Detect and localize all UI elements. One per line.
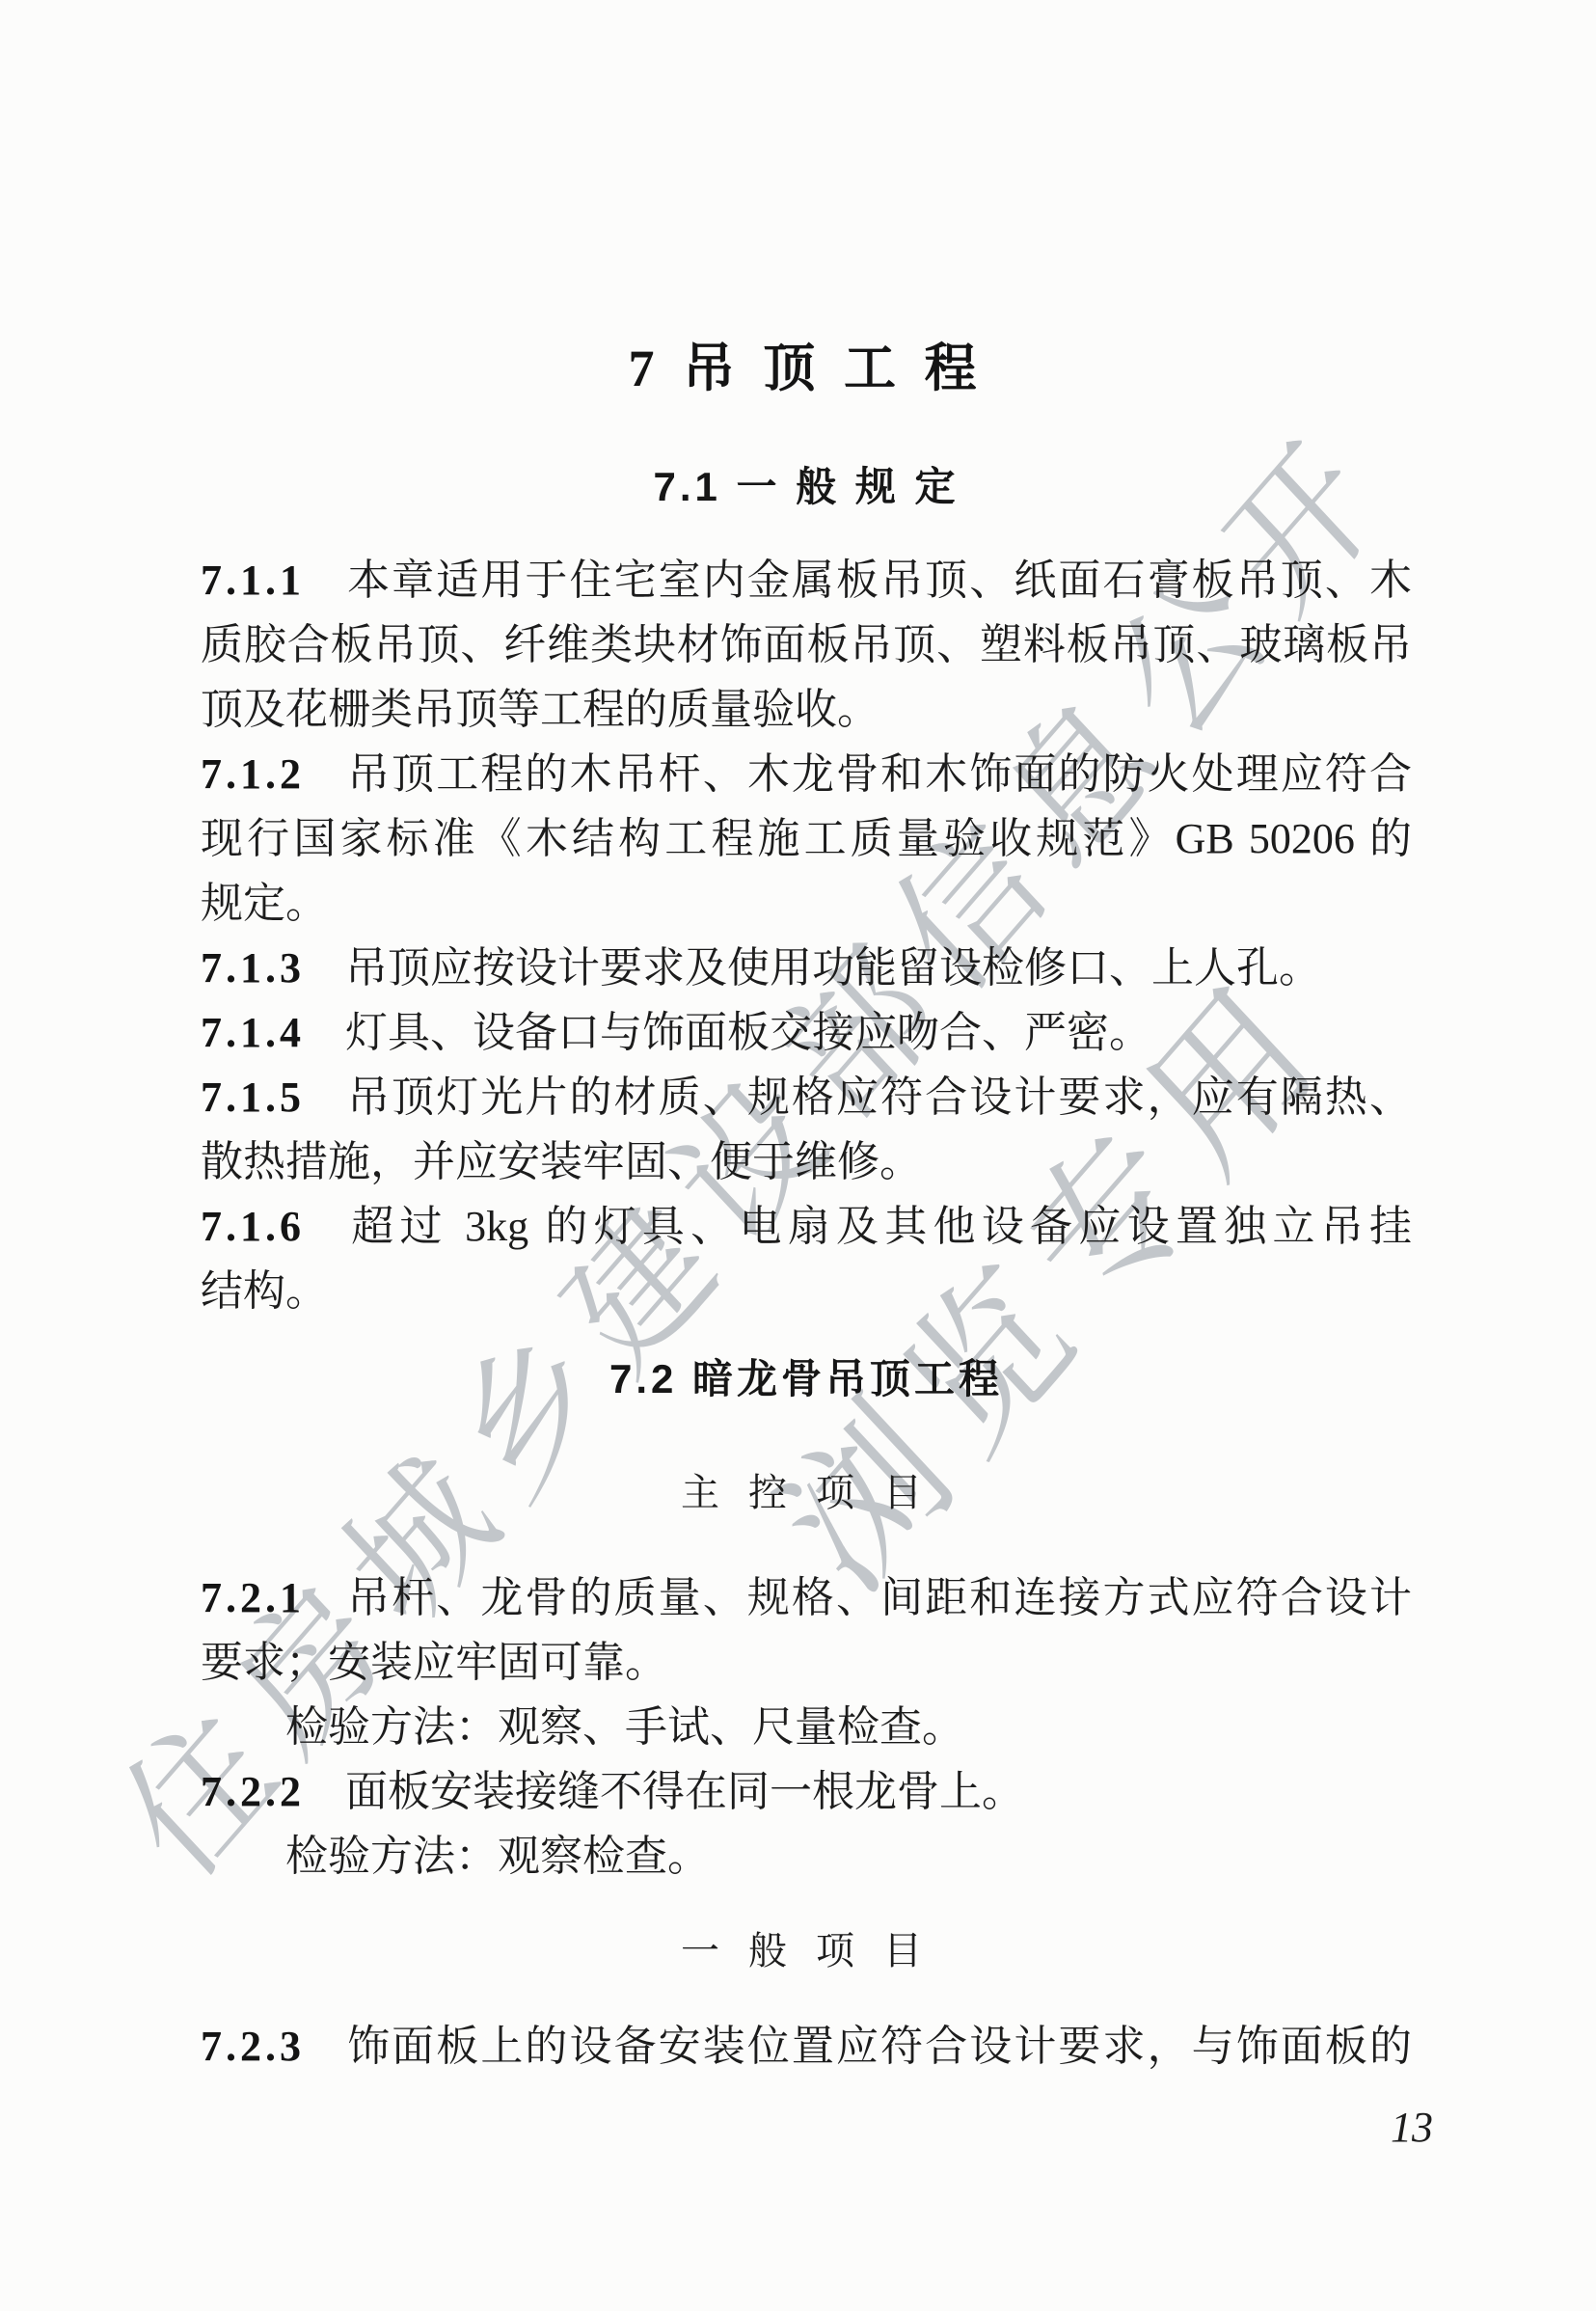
clause-7-1-1: 7.1.1本章适用于住宅室内金属板吊顶、纸面石膏板吊顶、木 质胶合板吊顶、纤维类…	[201, 548, 1412, 742]
clause-7-1-5: 7.1.5吊顶灯光片的材质、规格应符合设计要求，应有隔热、 散热措施，并应安装牢…	[201, 1065, 1412, 1194]
section-7-1-body: 7.1.1本章适用于住宅室内金属板吊顶、纸面石膏板吊顶、木 质胶合板吊顶、纤维类…	[201, 548, 1412, 1323]
subsection-general-items-heading: 一 般 项 目	[201, 1928, 1412, 1974]
clause-text: 吊杆、龙骨的质量、规格、间距和连接方式应符合设计	[345, 1574, 1412, 1621]
clause-number: 7.1.5	[201, 1074, 305, 1121]
clause-text: 面板安装接缝不得在同一根龙骨上。	[345, 1768, 1024, 1815]
clause-number: 7.1.4	[201, 1009, 305, 1056]
text-line: 结构。	[201, 1259, 1412, 1323]
clause-number: 7.1.6	[201, 1203, 305, 1250]
section-7-1-heading: 7.1 一 般 规 定	[201, 463, 1412, 511]
section-7-2-general-body: 7.2.3饰面板上的设备安装位置应符合设计要求，与饰面板的	[201, 2014, 1412, 2079]
clause-number: 7.2.1	[201, 1574, 305, 1621]
text-line: 规定。	[201, 871, 1412, 936]
section-7-2-heading: 7.2 暗龙骨吊顶工程	[201, 1355, 1412, 1403]
text-line: 7.1.5吊顶灯光片的材质、规格应符合设计要求，应有隔热、	[201, 1065, 1412, 1129]
clause-7-2-3: 7.2.3饰面板上的设备安装位置应符合设计要求，与饰面板的	[201, 2014, 1412, 2079]
clause-number: 7.1.1	[201, 557, 305, 604]
text-line: 7.1.4灯具、设备口与饰面板交接应吻合、严密。	[201, 1000, 1412, 1065]
clause-text: 超过 3kg 的灯具、电扇及其他设备应设置独立吊挂	[345, 1203, 1412, 1250]
clause-number: 7.2.3	[201, 2023, 305, 2070]
chapter-title: 7 吊 顶 工 程	[201, 340, 1412, 397]
subsection-main-items-heading: 主 控 项 目	[201, 1470, 1412, 1516]
clause-text: 灯具、设备口与饰面板交接应吻合、严密。	[345, 1009, 1151, 1056]
clause-number: 7.1.3	[201, 944, 305, 992]
document-page: 住房城乡建设部信息公开 浏览专用 7 吊 顶 工 程 7.1 一 般 规 定 7…	[0, 0, 1596, 2311]
clause-number: 7.1.2	[201, 750, 305, 798]
inspection-method-line: 检验方法：观察检查。	[201, 1824, 1412, 1889]
text-line: 质胶合板吊顶、纤维类块材饰面板吊顶、塑料板吊顶、玻璃板吊	[201, 612, 1412, 677]
page-number: 13	[1391, 2103, 1433, 2152]
text-line: 7.2.2面板安装接缝不得在同一根龙骨上。	[201, 1759, 1412, 1824]
clause-7-1-6: 7.1.6超过 3kg 的灯具、电扇及其他设备应设置独立吊挂 结构。	[201, 1194, 1412, 1323]
clause-7-1-3: 7.1.3吊顶应按设计要求及使用功能留设检修口、上人孔。	[201, 936, 1412, 1000]
clause-text: 吊顶工程的木吊杆、木龙骨和木饰面的防火处理应符合	[345, 750, 1412, 798]
inspection-method-line: 检验方法：观察、手试、尺量检查。	[201, 1695, 1412, 1759]
clause-text: 饰面板上的设备安装位置应符合设计要求，与饰面板的	[345, 2023, 1412, 2070]
clause-text: 本章适用于住宅室内金属板吊顶、纸面石膏板吊顶、木	[345, 557, 1412, 604]
clause-number: 7.2.2	[201, 1768, 305, 1815]
clause-7-2-2: 7.2.2面板安装接缝不得在同一根龙骨上。 检验方法：观察检查。	[201, 1759, 1412, 1889]
text-line: 7.2.1吊杆、龙骨的质量、规格、间距和连接方式应符合设计	[201, 1565, 1412, 1630]
section-7-2-main-body: 7.2.1吊杆、龙骨的质量、规格、间距和连接方式应符合设计 要求；安装应牢固可靠…	[201, 1565, 1412, 1889]
clause-7-1-2: 7.1.2吊顶工程的木吊杆、木龙骨和木饰面的防火处理应符合 现行国家标准《木结构…	[201, 742, 1412, 936]
text-line: 现行国家标准《木结构工程施工质量验收规范》GB 50206 的	[201, 806, 1412, 871]
text-line: 7.1.1本章适用于住宅室内金属板吊顶、纸面石膏板吊顶、木	[201, 548, 1412, 612]
clause-7-2-1: 7.2.1吊杆、龙骨的质量、规格、间距和连接方式应符合设计 要求；安装应牢固可靠…	[201, 1565, 1412, 1759]
text-line: 顶及花栅类吊顶等工程的质量验收。	[201, 677, 1412, 742]
clause-text: 吊顶应按设计要求及使用功能留设检修口、上人孔。	[345, 944, 1321, 992]
text-line: 要求；安装应牢固可靠。	[201, 1630, 1412, 1695]
clause-7-1-4: 7.1.4灯具、设备口与饰面板交接应吻合、严密。	[201, 1000, 1412, 1065]
text-line: 7.1.3吊顶应按设计要求及使用功能留设检修口、上人孔。	[201, 936, 1412, 1000]
text-line: 7.1.2吊顶工程的木吊杆、木龙骨和木饰面的防火处理应符合	[201, 742, 1412, 806]
text-line: 散热措施，并应安装牢固、便于维修。	[201, 1129, 1412, 1194]
clause-text: 吊顶灯光片的材质、规格应符合设计要求，应有隔热、	[345, 1074, 1412, 1121]
page-content: 7 吊 顶 工 程 7.1 一 般 规 定 7.1.1本章适用于住宅室内金属板吊…	[201, 340, 1412, 2079]
text-line: 7.1.6超过 3kg 的灯具、电扇及其他设备应设置独立吊挂	[201, 1194, 1412, 1259]
text-line: 7.2.3饰面板上的设备安装位置应符合设计要求，与饰面板的	[201, 2014, 1412, 2079]
